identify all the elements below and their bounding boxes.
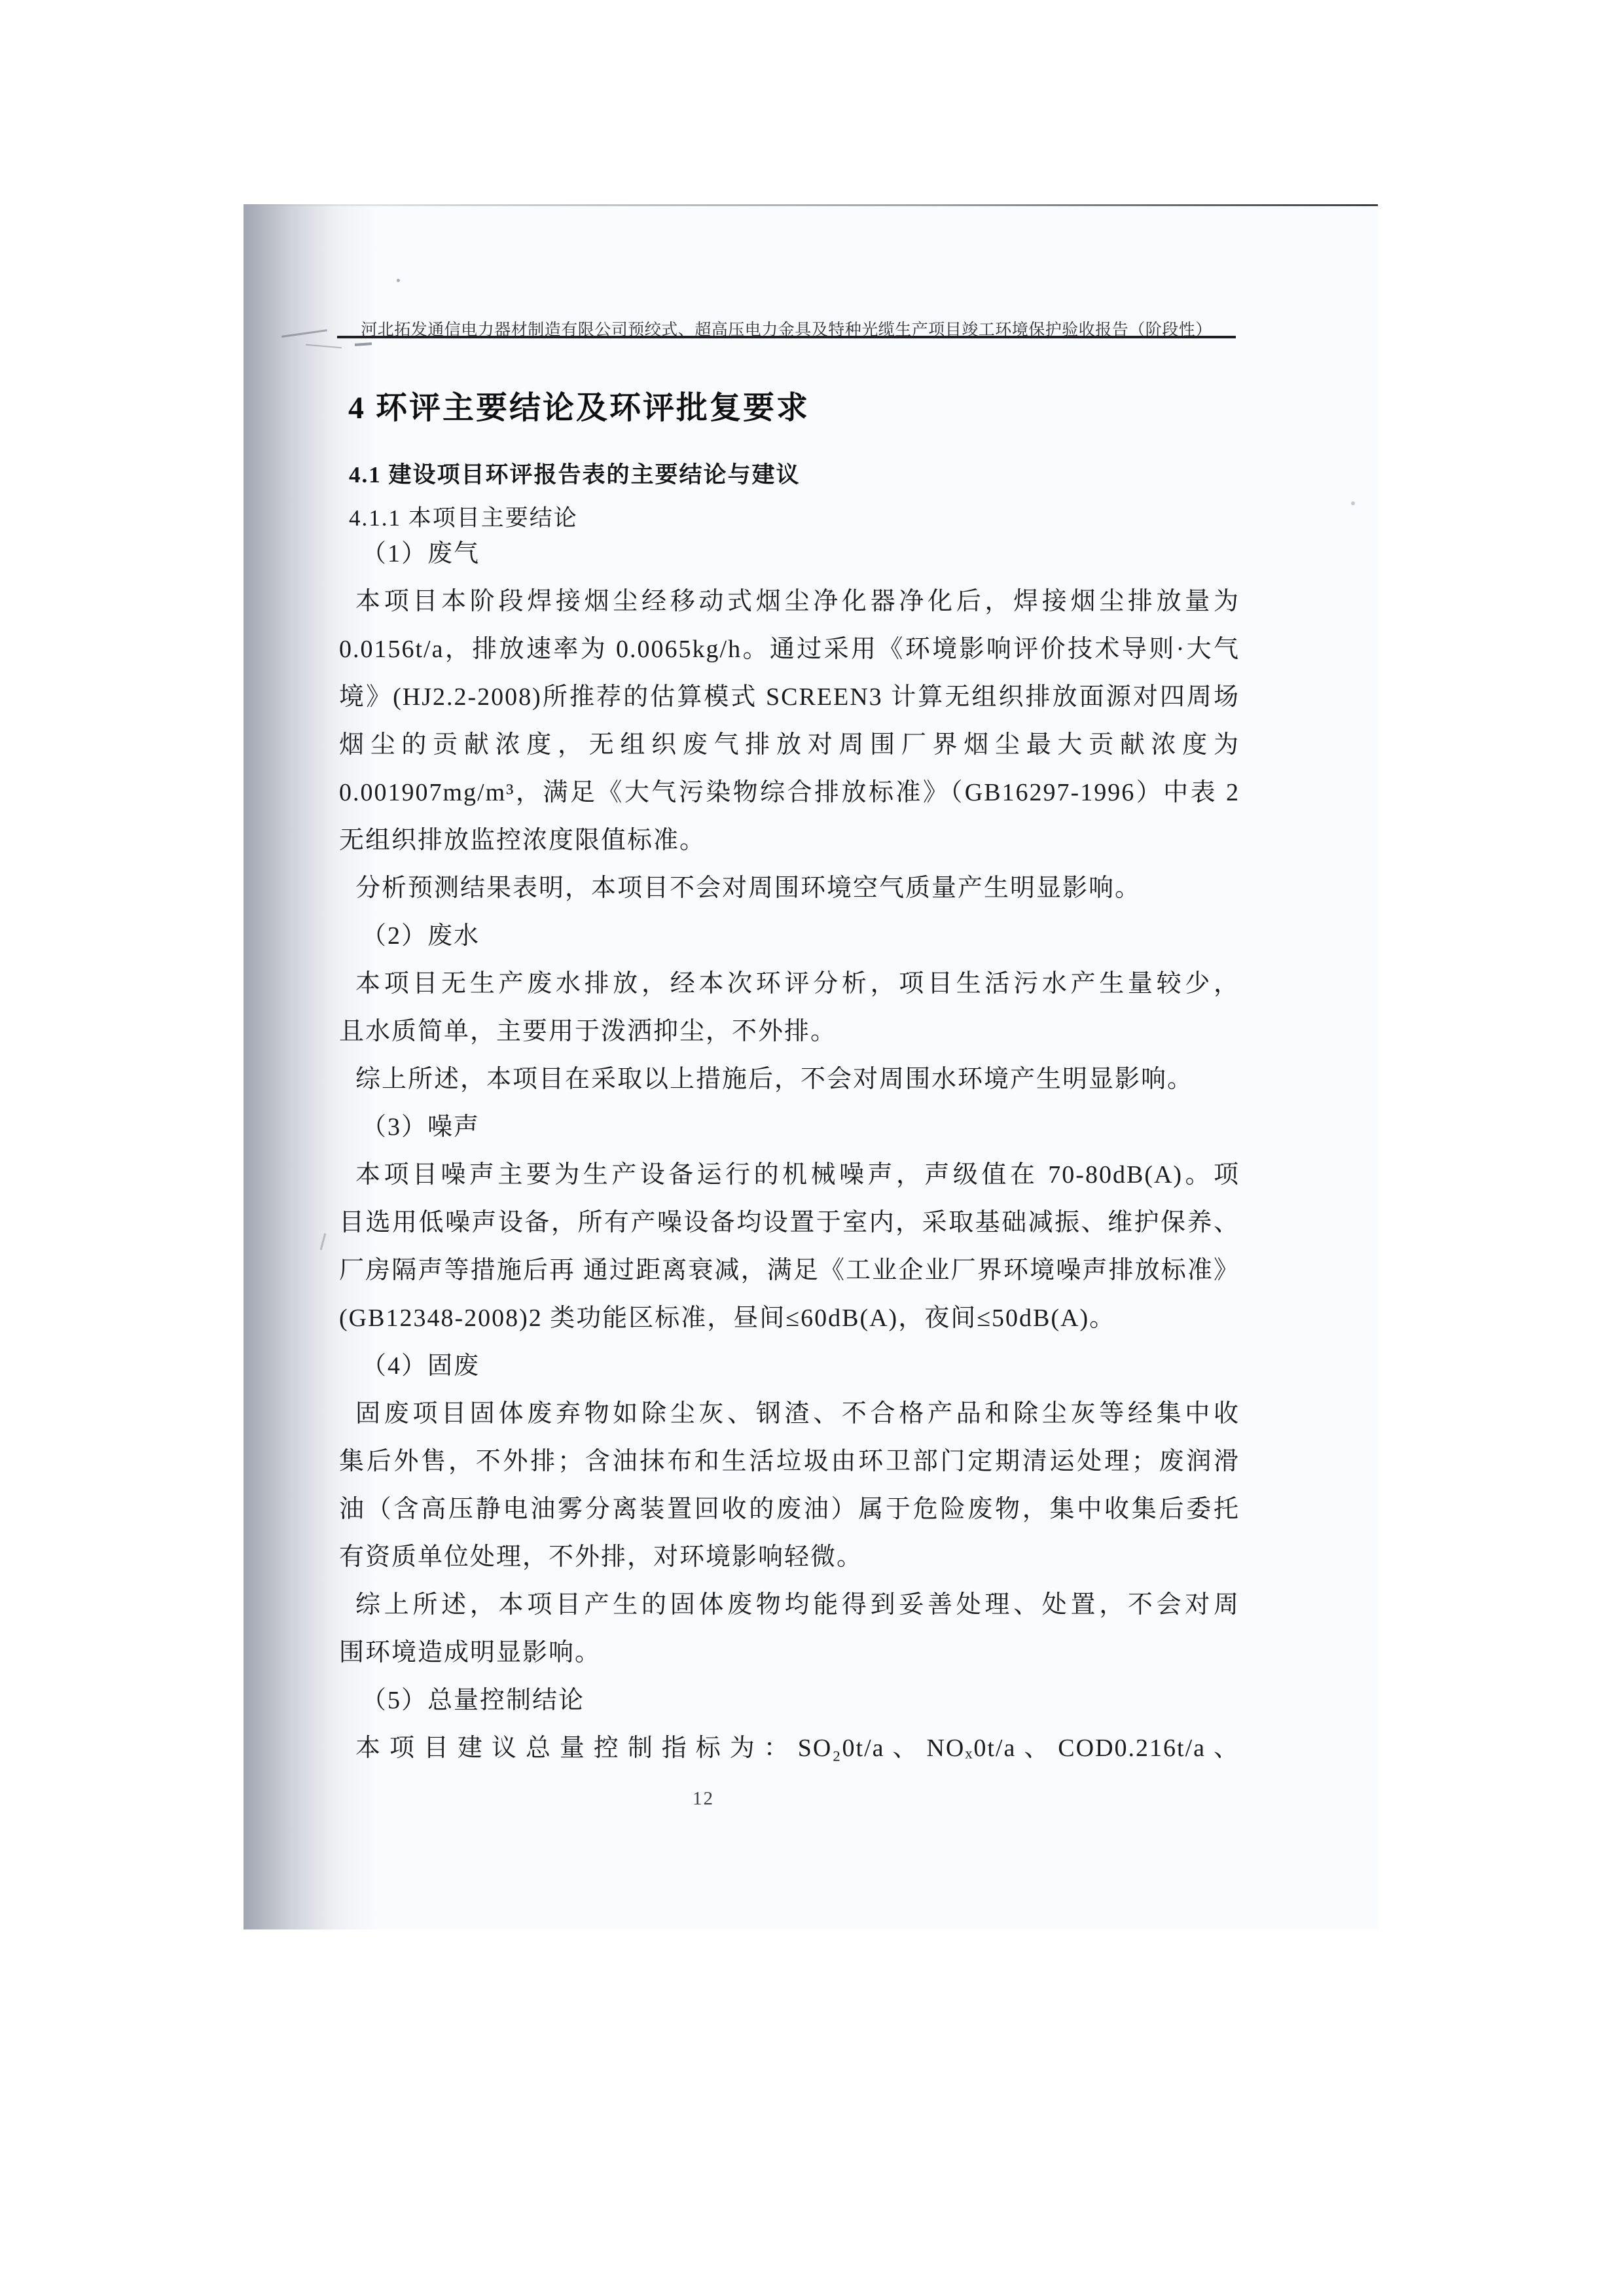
body-line: （2）废水 — [339, 912, 1240, 960]
pencil-smudge — [281, 329, 327, 338]
body-line: (GB12348-2008)2 类功能区标准，昼间≤60dB(A)，夜间≤50d… — [339, 1295, 1240, 1342]
chapter-title: 4 环评主要结论及环评批复要求 — [348, 382, 810, 427]
subsection-heading: 4.1.1 本项目主要结论 — [349, 500, 578, 533]
body-line: 烟尘的贡献浓度，无组织废气排放对周围厂界烟尘最大贡献浓度为 — [339, 721, 1240, 769]
body-line: 集后外售，不外排；含油抹布和生活垃圾由环卫部门定期清运处理；废润滑 — [339, 1438, 1240, 1486]
body-line: 综上所述，本项目产生的固体废物均能得到妥善处理、处置，不会对周 — [339, 1581, 1240, 1629]
body-line: 无组织排放监控浓度限值标准。 — [339, 817, 1240, 865]
body-line: 境》(HJ2.2-2008)所推荐的估算模式 SCREEN3 计算无组织排放面源… — [339, 673, 1240, 721]
body-line: 分析预测结果表明，本项目不会对周围环境空气质量产生明显影响。 — [339, 865, 1240, 912]
body-line: （3）噪声 — [339, 1103, 1240, 1151]
page-number: 12 — [693, 1788, 714, 1810]
pencil-smudge — [320, 1233, 327, 1250]
scan-speck — [1351, 501, 1355, 505]
body-line: 本项目建议总量控制指标为：SO₂0t/a、NOₓ0t/a、COD0.216t/a… — [339, 1725, 1240, 1772]
pencil-smudge — [306, 344, 342, 349]
body-line: 油（含高压静电油雾分离装置回收的废油）属于危险废物，集中收集后委托 — [339, 1486, 1240, 1534]
body-line: 固废项目固体废弃物如除尘灰、钢渣、不合格产品和除尘灰等经集中收 — [339, 1390, 1240, 1438]
scan-speck — [397, 279, 400, 282]
pencil-smudge — [355, 342, 372, 346]
header-rule — [337, 336, 1236, 338]
body-line: 厂房隔声等措施后再 通过距离衰减，满足《工业企业厂界环境噪声排放标准》 — [339, 1247, 1240, 1295]
body-line: 0.0156t/a，排放速率为 0.0065kg/h。通过采用《环境影响评价技术… — [339, 626, 1240, 673]
body-line: （5）总量控制结论 — [339, 1677, 1240, 1725]
scan-canvas: 河北拓发通信电力器材制造有限公司预绞式、超高压电力金具及特种光缆生产项目竣工环境… — [0, 0, 1624, 2296]
body-line: 本项目本阶段焊接烟尘经移动式烟尘净化器净化后，焊接烟尘排放量为 — [339, 578, 1240, 626]
section-heading: 4.1 建设项目环评报告表的主要结论与建议 — [349, 457, 801, 490]
document-page: 河北拓发通信电力器材制造有限公司预绞式、超高压电力金具及特种光缆生产项目竣工环境… — [244, 204, 1378, 1929]
body-line: 围环境造成明显影响。 — [339, 1629, 1240, 1677]
body-line: （4）固废 — [339, 1342, 1240, 1390]
body-line: 且水质简单，主要用于泼洒抑尘，不外排。 — [339, 1008, 1240, 1056]
body-line: 本项目噪声主要为生产设备运行的机械噪声，声级值在 70-80dB(A)。项 — [339, 1151, 1240, 1199]
body-line: 本项目无生产废水排放，经本次环评分析，项目生活污水产生量较少， — [339, 960, 1240, 1008]
body-line: （1）废气 — [339, 530, 1240, 578]
page-top-edge — [244, 204, 1378, 206]
body-line: 有资质单位处理，不外排，对环境影响轻微。 — [339, 1534, 1240, 1581]
body-line: 综上所述，本项目在采取以上措施后，不会对周围水环境产生明显影响。 — [339, 1056, 1240, 1103]
body-text: （1）废气本项目本阶段焊接烟尘经移动式烟尘净化器净化后，焊接烟尘排放量为0.01… — [339, 530, 1240, 1772]
body-line: 0.001907mg/m³，满足《大气污染物综合排放标准》（GB16297-19… — [339, 769, 1240, 817]
body-line: 目选用低噪声设备，所有产噪设备均设置于室内，采取基础减振、维护保养、 — [339, 1199, 1240, 1247]
